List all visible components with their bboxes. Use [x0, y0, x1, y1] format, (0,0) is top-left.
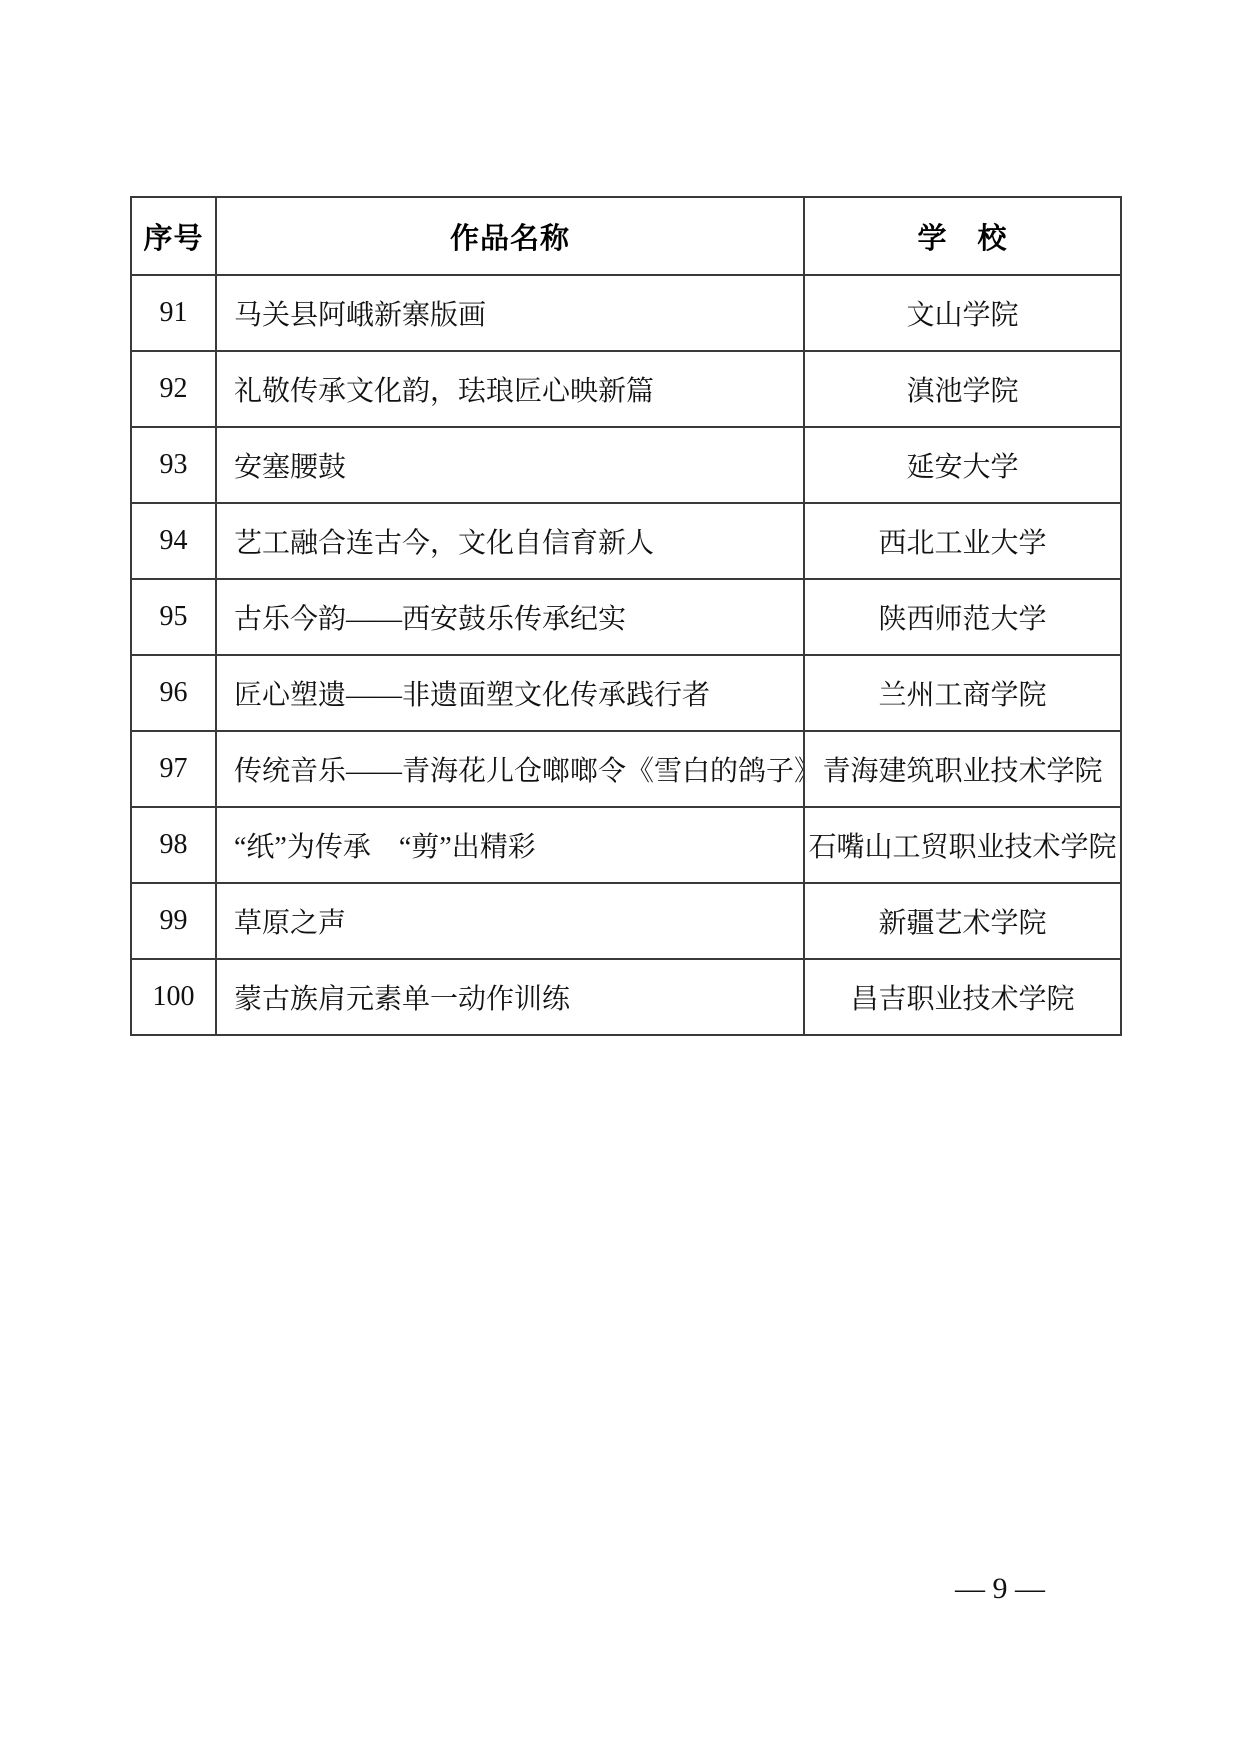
title-cell: 蒙古族肩元素单一动作训练 [216, 959, 804, 1035]
serial-cell: 94 [131, 503, 216, 579]
school-cell: 昌吉职业技术学院 [804, 959, 1121, 1035]
serial-cell: 98 [131, 807, 216, 883]
table-row: 96 匠心塑遗——非遗面塑文化传承践行者 兰州工商学院 [131, 655, 1121, 731]
school-cell: 兰州工商学院 [804, 655, 1121, 731]
school-cell: 滇池学院 [804, 351, 1121, 427]
title-cell: 草原之声 [216, 883, 804, 959]
school-cell: 西北工业大学 [804, 503, 1121, 579]
serial-cell: 91 [131, 275, 216, 351]
serial-cell: 93 [131, 427, 216, 503]
title-cell: 礼敬传承文化韵，珐琅匠心映新篇 [216, 351, 804, 427]
page-number: — 9 — [900, 1572, 1100, 1606]
title-cell: 匠心塑遗——非遗面塑文化传承践行者 [216, 655, 804, 731]
table-row: 91 马关县阿峨新寨版画 文山学院 [131, 275, 1121, 351]
school-cell: 新疆艺术学院 [804, 883, 1121, 959]
header-serial-number: 序号 [131, 197, 216, 275]
title-cell: 古乐今韵——西安鼓乐传承纪实 [216, 579, 804, 655]
table-row: 92 礼敬传承文化韵，珐琅匠心映新篇 滇池学院 [131, 351, 1121, 427]
table-row: 94 艺工融合连古今，文化自信育新人 西北工业大学 [131, 503, 1121, 579]
serial-cell: 100 [131, 959, 216, 1035]
award-works-table: 序号 作品名称 学 校 91 马关县阿峨新寨版画 文山学院 92 礼敬传承文化韵… [130, 196, 1122, 1036]
serial-cell: 95 [131, 579, 216, 655]
header-work-title: 作品名称 [216, 197, 804, 275]
table-row: 97 传统音乐——青海花儿仓啷啷令《雪白的鸽子》 青海建筑职业技术学院 [131, 731, 1121, 807]
serial-cell: 97 [131, 731, 216, 807]
school-cell: 延安大学 [804, 427, 1121, 503]
table-row: 98 “纸”为传承 “剪”出精彩 石嘴山工贸职业技术学院 [131, 807, 1121, 883]
school-cell: 石嘴山工贸职业技术学院 [804, 807, 1121, 883]
serial-cell: 96 [131, 655, 216, 731]
title-cell: 安塞腰鼓 [216, 427, 804, 503]
title-cell: 艺工融合连古今，文化自信育新人 [216, 503, 804, 579]
serial-cell: 92 [131, 351, 216, 427]
table-row: 99 草原之声 新疆艺术学院 [131, 883, 1121, 959]
serial-cell: 99 [131, 883, 216, 959]
table-row: 93 安塞腰鼓 延安大学 [131, 427, 1121, 503]
title-cell: 马关县阿峨新寨版画 [216, 275, 804, 351]
school-cell: 青海建筑职业技术学院 [804, 731, 1121, 807]
title-cell: 传统音乐——青海花儿仓啷啷令《雪白的鸽子》 [216, 731, 804, 807]
title-cell: “纸”为传承 “剪”出精彩 [216, 807, 804, 883]
table-row: 95 古乐今韵——西安鼓乐传承纪实 陕西师范大学 [131, 579, 1121, 655]
school-cell: 陕西师范大学 [804, 579, 1121, 655]
header-school: 学 校 [804, 197, 1121, 275]
table-header-row: 序号 作品名称 学 校 [131, 197, 1121, 275]
document-page: 序号 作品名称 学 校 91 马关县阿峨新寨版画 文山学院 92 礼敬传承文化韵… [0, 0, 1241, 1755]
table-row: 100 蒙古族肩元素单一动作训练 昌吉职业技术学院 [131, 959, 1121, 1035]
school-cell: 文山学院 [804, 275, 1121, 351]
